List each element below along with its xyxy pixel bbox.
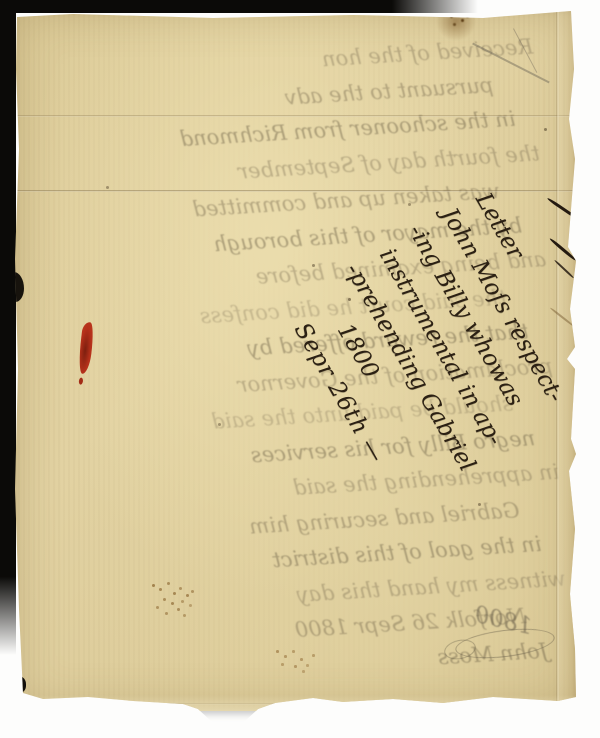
speckle-stain bbox=[276, 650, 279, 653]
speckle-stain bbox=[152, 584, 155, 587]
fold-crease-horizontal-bottom bbox=[13, 703, 578, 705]
scanner-background-left bbox=[0, 0, 16, 655]
scanned-letter-page: Received of the honpursuant to the advin… bbox=[0, 0, 600, 738]
scanner-background-top bbox=[0, 0, 478, 13]
ink-blot-bottom-left bbox=[11, 676, 26, 693]
paper-flecks bbox=[348, 298, 351, 301]
letter-paper: Received of the honpursuant to the advin… bbox=[13, 9, 578, 711]
